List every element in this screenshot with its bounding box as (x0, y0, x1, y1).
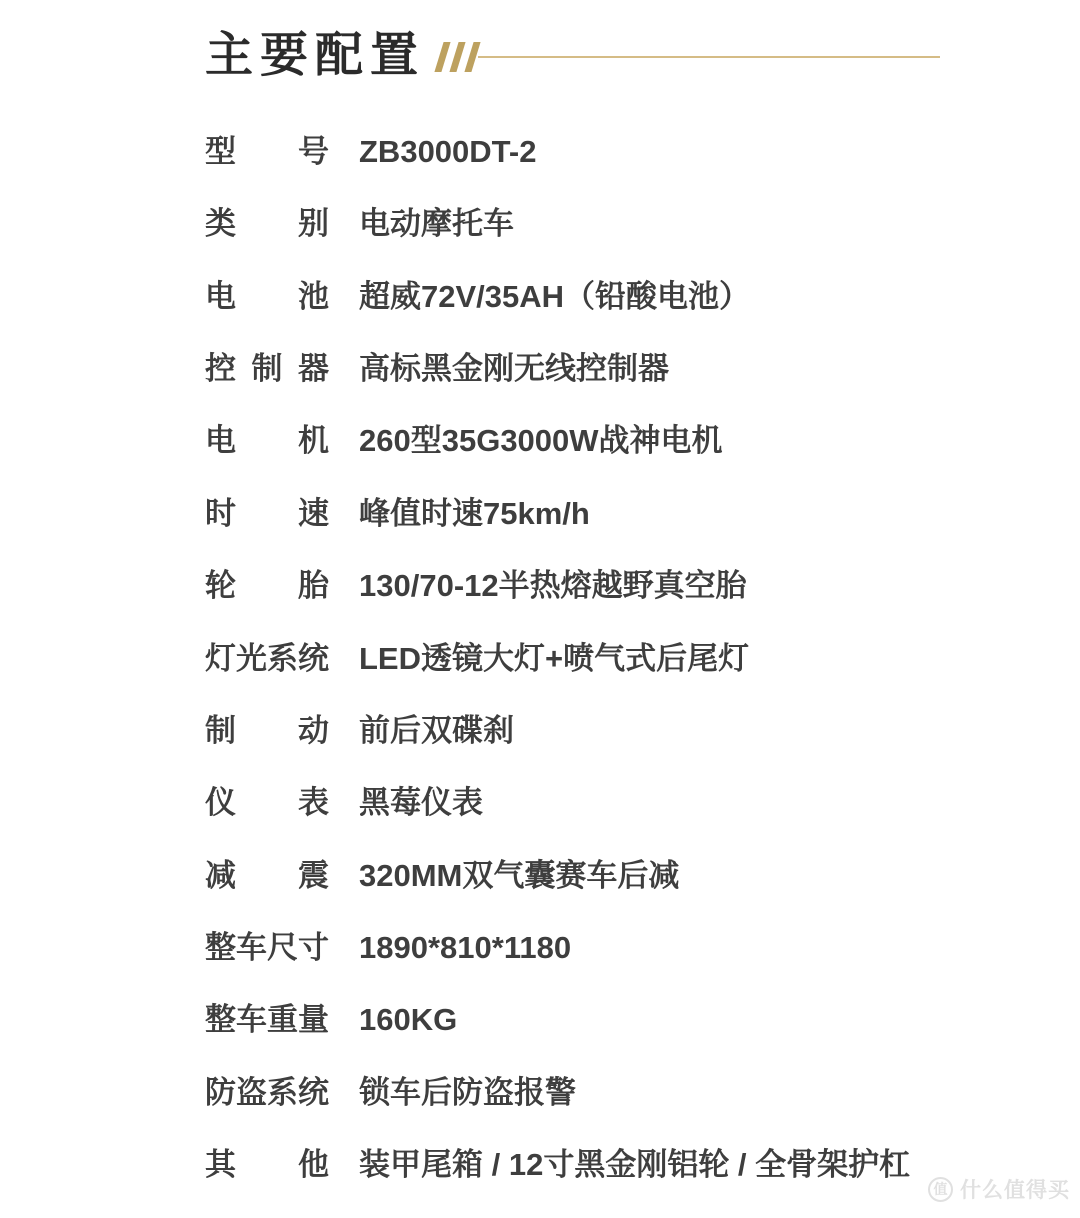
spec-value: 160KG (359, 1003, 457, 1037)
spec-row: 制动前后双碟刹 (205, 714, 965, 786)
spec-row: 电机260型35G3000W战神电机 (205, 424, 965, 496)
page-title: 主要配置 (205, 30, 425, 82)
decorative-line (478, 56, 940, 58)
spec-label: 电机 (205, 424, 329, 458)
spec-label: 灯光系统 (205, 642, 329, 676)
spec-label: 控制器 (205, 352, 329, 386)
spec-row: 其他装甲尾箱 / 12寸黑金刚铝轮 / 全骨架护杠 (205, 1148, 965, 1218)
watermark: 值 什么值得买 (928, 1174, 1070, 1204)
header: 主要配置 (205, 30, 940, 82)
spec-row: 整车重量160KG (205, 1003, 965, 1075)
spec-value: 峰值时速75km/h (359, 497, 590, 531)
spec-label: 其他 (205, 1148, 329, 1182)
spec-row: 整车尺寸1890*810*1180 (205, 931, 965, 1003)
spec-value: 320MM双气囊赛车后减 (359, 859, 679, 893)
spec-sheet-page: 主要配置 型号ZB3000DT-2类别电动摩托车电池超威72V/35AH（铅酸电… (0, 0, 1080, 1218)
spec-label: 仪表 (205, 786, 329, 820)
spec-value: 130/70-12半热熔越野真空胎 (359, 569, 747, 603)
smzdm-logo-icon: 值 (928, 1177, 953, 1202)
spec-label: 整车尺寸 (205, 931, 329, 965)
spec-value: 前后双碟刹 (359, 714, 514, 748)
spec-value: 电动摩托车 (359, 207, 514, 241)
spec-row: 电池超威72V/35AH（铅酸电池） (205, 280, 965, 352)
watermark-text: 什么值得买 (960, 1174, 1070, 1204)
spec-label: 电池 (205, 280, 329, 314)
triple-slash-icon (439, 42, 476, 72)
title-decoration (439, 42, 940, 72)
spec-value: 黑莓仪表 (359, 786, 483, 820)
spec-row: 防盗系统锁车后防盗报警 (205, 1076, 965, 1148)
spec-label: 整车重量 (205, 1003, 329, 1037)
spec-label: 防盗系统 (205, 1076, 329, 1110)
spec-row: 控制器高标黑金刚无线控制器 (205, 352, 965, 424)
spec-value: 260型35G3000W战神电机 (359, 424, 723, 458)
spec-value: ZB3000DT-2 (359, 135, 536, 169)
spec-row: 减震320MM双气囊赛车后减 (205, 859, 965, 931)
spec-value: 超威72V/35AH（铅酸电池） (359, 280, 750, 314)
slash-icon (449, 42, 465, 72)
spec-row: 仪表黑莓仪表 (205, 786, 965, 858)
spec-label: 型号 (205, 135, 329, 169)
spec-value: 锁车后防盗报警 (359, 1076, 576, 1110)
spec-row: 型号ZB3000DT-2 (205, 135, 965, 207)
spec-label: 类别 (205, 207, 329, 241)
spec-value: LED透镜大灯+喷气式后尾灯 (359, 642, 749, 676)
spec-label: 制动 (205, 714, 329, 748)
spec-label: 时速 (205, 497, 329, 531)
spec-value: 1890*810*1180 (359, 931, 571, 965)
spec-row: 灯光系统LED透镜大灯+喷气式后尾灯 (205, 642, 965, 714)
spec-list: 型号ZB3000DT-2类别电动摩托车电池超威72V/35AH（铅酸电池）控制器… (205, 135, 965, 1218)
slash-icon (434, 42, 450, 72)
spec-label: 减震 (205, 859, 329, 893)
spec-row: 轮胎130/70-12半热熔越野真空胎 (205, 569, 965, 641)
spec-value: 高标黑金刚无线控制器 (359, 352, 669, 386)
spec-row: 类别电动摩托车 (205, 207, 965, 279)
spec-label: 轮胎 (205, 569, 329, 603)
spec-value: 装甲尾箱 / 12寸黑金刚铝轮 / 全骨架护杠 (359, 1148, 910, 1182)
spec-row: 时速峰值时速75km/h (205, 497, 965, 569)
